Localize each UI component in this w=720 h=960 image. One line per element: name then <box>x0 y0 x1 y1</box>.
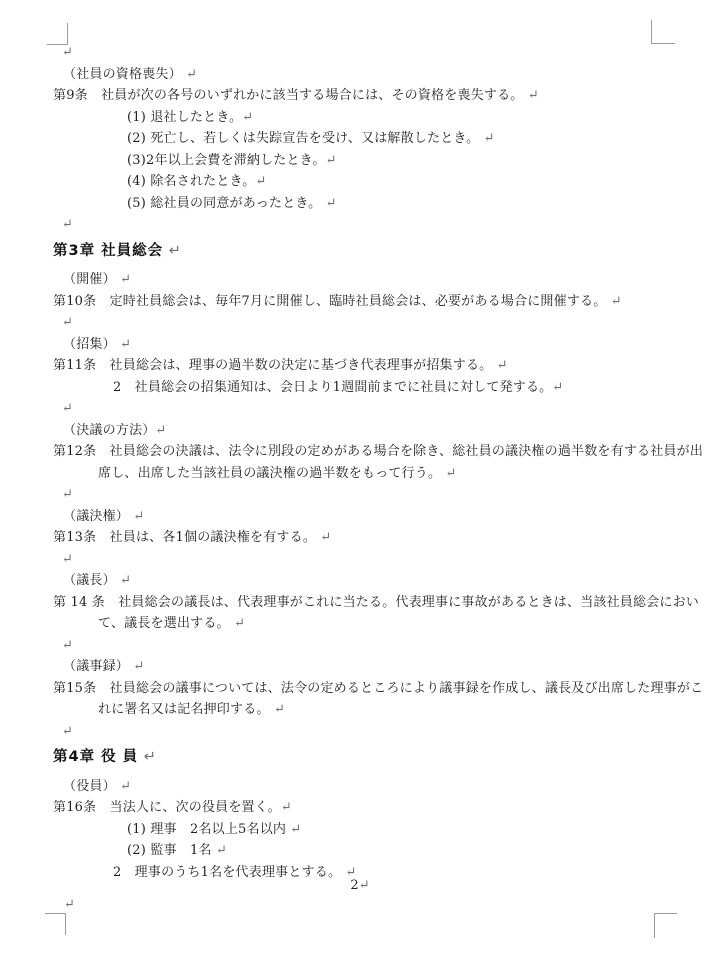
line-text: 第11条 社員総会は、理事の過半数の決定に基づき代表理事が招集する。 <box>53 358 492 373</box>
line-text: 第10条 定時社員総会は、毎年7月に開催し、臨時社員総会は、必要がある場合に開催… <box>53 294 606 309</box>
text-line-caption: （社員の資格喪失） ↵ <box>53 64 670 86</box>
line-text: 第15条 社員総会の議事については、法令の定めるところにより議事録を作成し、議長… <box>53 681 703 696</box>
text-line-heading: 第4章 役 員 ↵ <box>53 747 670 769</box>
text-line-caption: （議決権） ↵ <box>53 506 670 528</box>
line-text: (2) 監事 1名 <box>127 843 212 858</box>
paragraph-mark: ↵ <box>326 153 337 168</box>
line-text: 第4章 役 員 <box>53 749 138 765</box>
text-line-article: 第15条 社員総会の議事については、法令の定めるところにより議事録を作成し、議長… <box>53 678 670 700</box>
text-line-caption: （開催） ↵ <box>53 269 670 291</box>
paragraph-mark: ↵ <box>62 217 73 232</box>
text-body: ↵（社員の資格喪失） ↵第9条 社員が次の各号のいずれかに該当する場合には、その… <box>53 42 670 883</box>
paragraph-mark: ↵ <box>270 702 285 717</box>
line-text: れに署名又は記名押印する。 <box>98 702 270 717</box>
line-text: 2 社員総会の招集通知は、会日より1週間前までに社員に対して発する。 <box>113 380 552 395</box>
text-line-item: (3)2年以上会費を滞納したとき。↵ <box>53 150 670 172</box>
paragraph-mark: ↵ <box>116 779 131 794</box>
line-text: て、議長を選出する。 <box>98 616 230 631</box>
paragraph-mark: ↵ <box>129 509 144 524</box>
paragraph-mark: ↵ <box>62 638 73 653</box>
text-line-item: (4) 除名されたとき。↵ <box>53 171 670 193</box>
text-line-article: 第 14 条 社員総会の議長は、代表理事がこれに当たる。代表理事に事故があるとき… <box>53 592 670 614</box>
paragraph-mark: ↵ <box>182 67 197 82</box>
text-line-article: 第9条 社員が次の各号のいずれかに該当する場合には、その資格を喪失する。 ↵ <box>53 85 670 107</box>
text-line-blank: ↵ <box>53 484 670 506</box>
paragraph-mark: ↵ <box>552 380 563 395</box>
paragraph-mark: ↵ <box>155 423 166 438</box>
line-text: 席し、出席した当該社員の議決権の過半数をもって行う。 <box>98 466 441 481</box>
paragraph-mark: ↵ <box>286 822 301 837</box>
line-text: （招集） <box>63 337 116 352</box>
page-number: 2↵ <box>53 877 667 895</box>
text-line-article: 第11条 社員総会は、理事の過半数の決定に基づき代表理事が招集する。 ↵ <box>53 355 670 377</box>
text-line-blank: ↵ <box>53 398 670 420</box>
text-line-caption: （決議の方法）↵ <box>53 420 670 442</box>
paragraph-mark: ↵ <box>129 659 144 674</box>
text-line-caption: （役員） ↵ <box>53 776 670 798</box>
line-text: （議長） <box>63 573 116 588</box>
paragraph-mark: ↵ <box>606 294 621 309</box>
paragraph-mark: ↵ <box>441 466 456 481</box>
document-page: ↵（社員の資格喪失） ↵第9条 社員が次の各号のいずれかに該当する場合には、その… <box>0 0 720 960</box>
line-text: 第16条 当法人に、次の役員を置く。 <box>53 800 281 815</box>
paragraph-mark: ↵ <box>212 843 227 858</box>
paragraph-mark: ↵ <box>116 337 131 352</box>
text-line-caption: （議事録） ↵ <box>53 656 670 678</box>
line-text: (4) 除名されたとき。 <box>127 174 255 189</box>
text-line-cont: れに署名又は記名押印する。 ↵ <box>53 699 670 721</box>
paragraph-mark: ↵ <box>492 358 507 373</box>
paragraph-mark: ↵ <box>523 88 538 103</box>
text-line-caption: （招集） ↵ <box>53 334 670 356</box>
paragraph-mark: ↵ <box>62 724 73 739</box>
paragraph-mark: ↵ <box>62 401 73 416</box>
line-text: 第13条 社員は、各1個の議決権を有する。 <box>53 530 316 545</box>
text-line-blank: ↵ <box>53 721 670 743</box>
line-text: （議決権） <box>63 509 129 524</box>
text-line-blank: ↵ <box>53 549 670 571</box>
paragraph-mark: ↵ <box>321 196 336 211</box>
text-line-article: 第13条 社員は、各1個の議決権を有する。 ↵ <box>53 527 670 549</box>
line-text: 第9条 社員が次の各号のいずれかに該当する場合には、その資格を喪失する。 <box>53 88 523 103</box>
line-text: （議事録） <box>63 659 129 674</box>
line-text: （開催） <box>63 272 116 287</box>
text-line-article: 第12条 社員総会の決議は、法令に別段の定めがある場合を除き、総社員の議決権の過… <box>53 441 670 463</box>
page-number-value: 2 <box>350 878 358 893</box>
paragraph-mark: ↵ <box>62 315 73 330</box>
paragraph-mark: ↵ <box>359 878 370 893</box>
paragraph-mark: ↵ <box>138 749 157 765</box>
text-line-cont: 席し、出席した当該社員の議決権の過半数をもって行う。 ↵ <box>53 463 670 485</box>
paragraph-mark: ↵ <box>116 272 131 287</box>
text-line-cont: て、議長を選出する。 ↵ <box>53 613 670 635</box>
paragraph-mark: ↵ <box>479 131 494 146</box>
line-text: （役員） <box>63 779 116 794</box>
text-line-blank: ↵ <box>53 42 670 64</box>
line-text: (5) 総社員の同意があったとき。 <box>127 196 321 211</box>
text-line-blank: ↵ <box>53 635 670 657</box>
line-text: (1) 理事 2名以上5名以内 <box>127 822 286 837</box>
paragraph-mark: ↵ <box>163 243 182 259</box>
line-text: (3)2年以上会費を滞納したとき。 <box>127 153 326 168</box>
paragraph-mark: ↵ <box>242 110 253 125</box>
line-text: 第 14 条 社員総会の議長は、代表理事がこれに当たる。代表理事に事故があるとき… <box>53 595 699 610</box>
text-line-caption: （議長） ↵ <box>53 570 670 592</box>
paragraph-mark: ↵ <box>281 800 292 815</box>
text-line-sub: 2 社員総会の招集通知は、会日より1週間前までに社員に対して発する。↵ <box>53 377 670 399</box>
text-line-blank: ↵ <box>53 312 670 334</box>
text-line-item: (1) 退社したとき。↵ <box>53 107 670 129</box>
paragraph-mark: ↵ <box>62 45 73 60</box>
line-text: (2) 死亡し、若しくは失踪宣告を受け、又は解散したとき。 <box>127 131 479 146</box>
text-line-item: (5) 総社員の同意があったとき。 ↵ <box>53 193 670 215</box>
crop-mark-bottom-left <box>45 913 66 935</box>
paragraph-mark: ↵ <box>316 530 331 545</box>
footer-paragraph-mark: ↵ <box>64 897 75 913</box>
line-text: （決議の方法） <box>63 423 155 438</box>
text-line-item: (2) 死亡し、若しくは失踪宣告を受け、又は解散したとき。 ↵ <box>53 128 670 150</box>
paragraph-mark: ↵ <box>230 616 245 631</box>
text-line-article: 第10条 定時社員総会は、毎年7月に開催し、臨時社員総会は、必要がある場合に開催… <box>53 291 670 313</box>
text-line-article: 第16条 当法人に、次の役員を置く。↵ <box>53 797 670 819</box>
paragraph-mark: ↵ <box>62 487 73 502</box>
text-line-item: (2) 監事 1名 ↵ <box>53 840 670 862</box>
paragraph-mark: ↵ <box>255 174 266 189</box>
crop-mark-bottom-right <box>654 913 677 938</box>
line-text: （社員の資格喪失） <box>63 67 182 82</box>
line-text: 第3章 社員総会 <box>53 243 163 259</box>
line-text: 第12条 社員総会の決議は、法令に別段の定めがある場合を除き、総社員の議決権の過… <box>53 444 703 459</box>
text-line-item: (1) 理事 2名以上5名以内 ↵ <box>53 819 670 841</box>
text-line-heading: 第3章 社員総会 ↵ <box>53 241 670 263</box>
crop-mark-top-right <box>651 20 675 44</box>
line-text: (1) 退社したとき。 <box>127 110 242 125</box>
paragraph-mark: ↵ <box>116 573 131 588</box>
text-line-blank: ↵ <box>53 214 670 236</box>
paragraph-mark: ↵ <box>62 552 73 567</box>
